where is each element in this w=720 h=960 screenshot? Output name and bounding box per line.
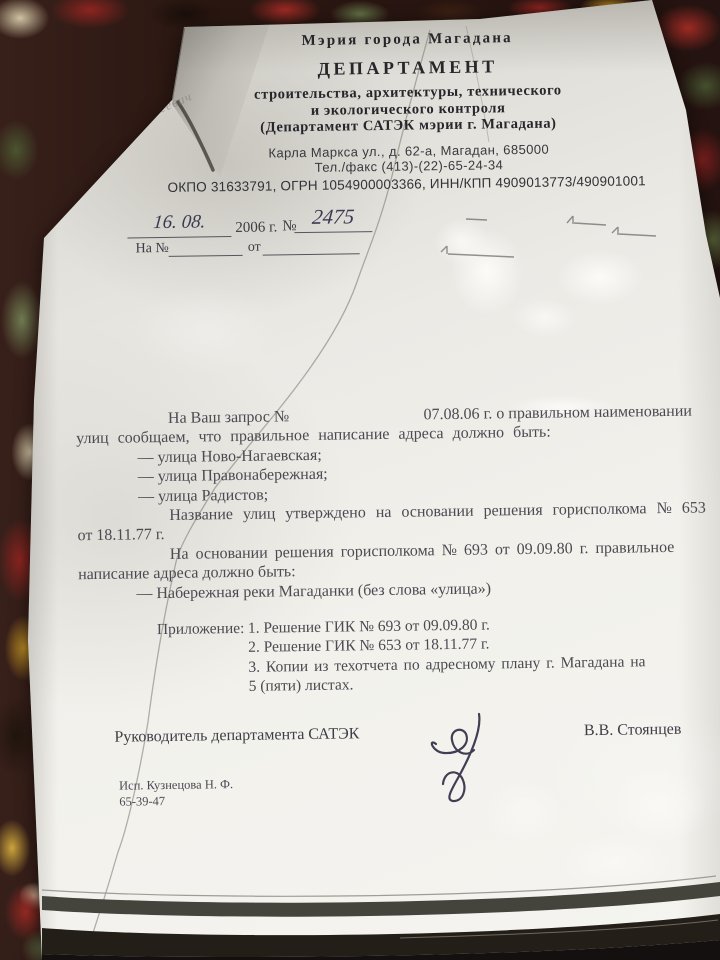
reply-ot-label: от [248,240,261,256]
request-left: На Ваш запрос № [168,407,290,428]
outgoing-year-printed: 2006 г. [235,219,277,237]
executor-block: Исп. Кузнецова Н. Ф. 65-39-47 [81,770,699,811]
signer-position: Руководитель департамента САТЭК [80,724,359,747]
reply-reference-line: На № от [135,238,359,257]
outgoing-number-handwritten: 2475 [294,204,372,233]
letter-body: На Ваш запрос № 07.08.06 г. о правильном… [76,402,700,811]
reply-number-blank [169,240,243,257]
attachments-label: Приложение: [157,619,245,640]
signer-name: В.В. Стоянцев [584,719,682,740]
paper-wrap: 653757 Сергеевич Мэрия города Магадана Д… [0,0,720,960]
reply-prefix: На № [135,241,168,257]
reply-date-blank [263,238,360,255]
dept-title: ДЕПАРТАМЕНТ [165,54,650,82]
org-parent-line: Мэрия города Магадана [165,28,650,52]
document-paper: 653757 Сергеевич Мэрия города Магадана Д… [0,0,720,960]
document-text-layer: 653757 Сергеевич Мэрия города Магадана Д… [0,0,720,960]
attachments-block: Приложение: 1. Решение ГИК № 693 от 09.0… [79,613,698,699]
letterhead: Мэрия города Магадана ДЕПАРТАМЕНТ строит… [165,28,652,176]
org-address: Карла Маркса ул., д. 62-а, Магадан, 6850… [166,140,651,177]
attachment-item-1: 1. Решение ГИК № 693 от 09.09.80 г. [248,616,490,639]
photo-scene: 653757 Сергеевич Мэрия города Магадана Д… [0,0,720,960]
outgoing-date-handwritten: 16. 08. [127,211,231,238]
signature-row: Руководитель департамента САТЭК В.В. Сто… [80,719,698,747]
request-right: 07.08.06 г. о правильном наименовании [423,402,692,425]
